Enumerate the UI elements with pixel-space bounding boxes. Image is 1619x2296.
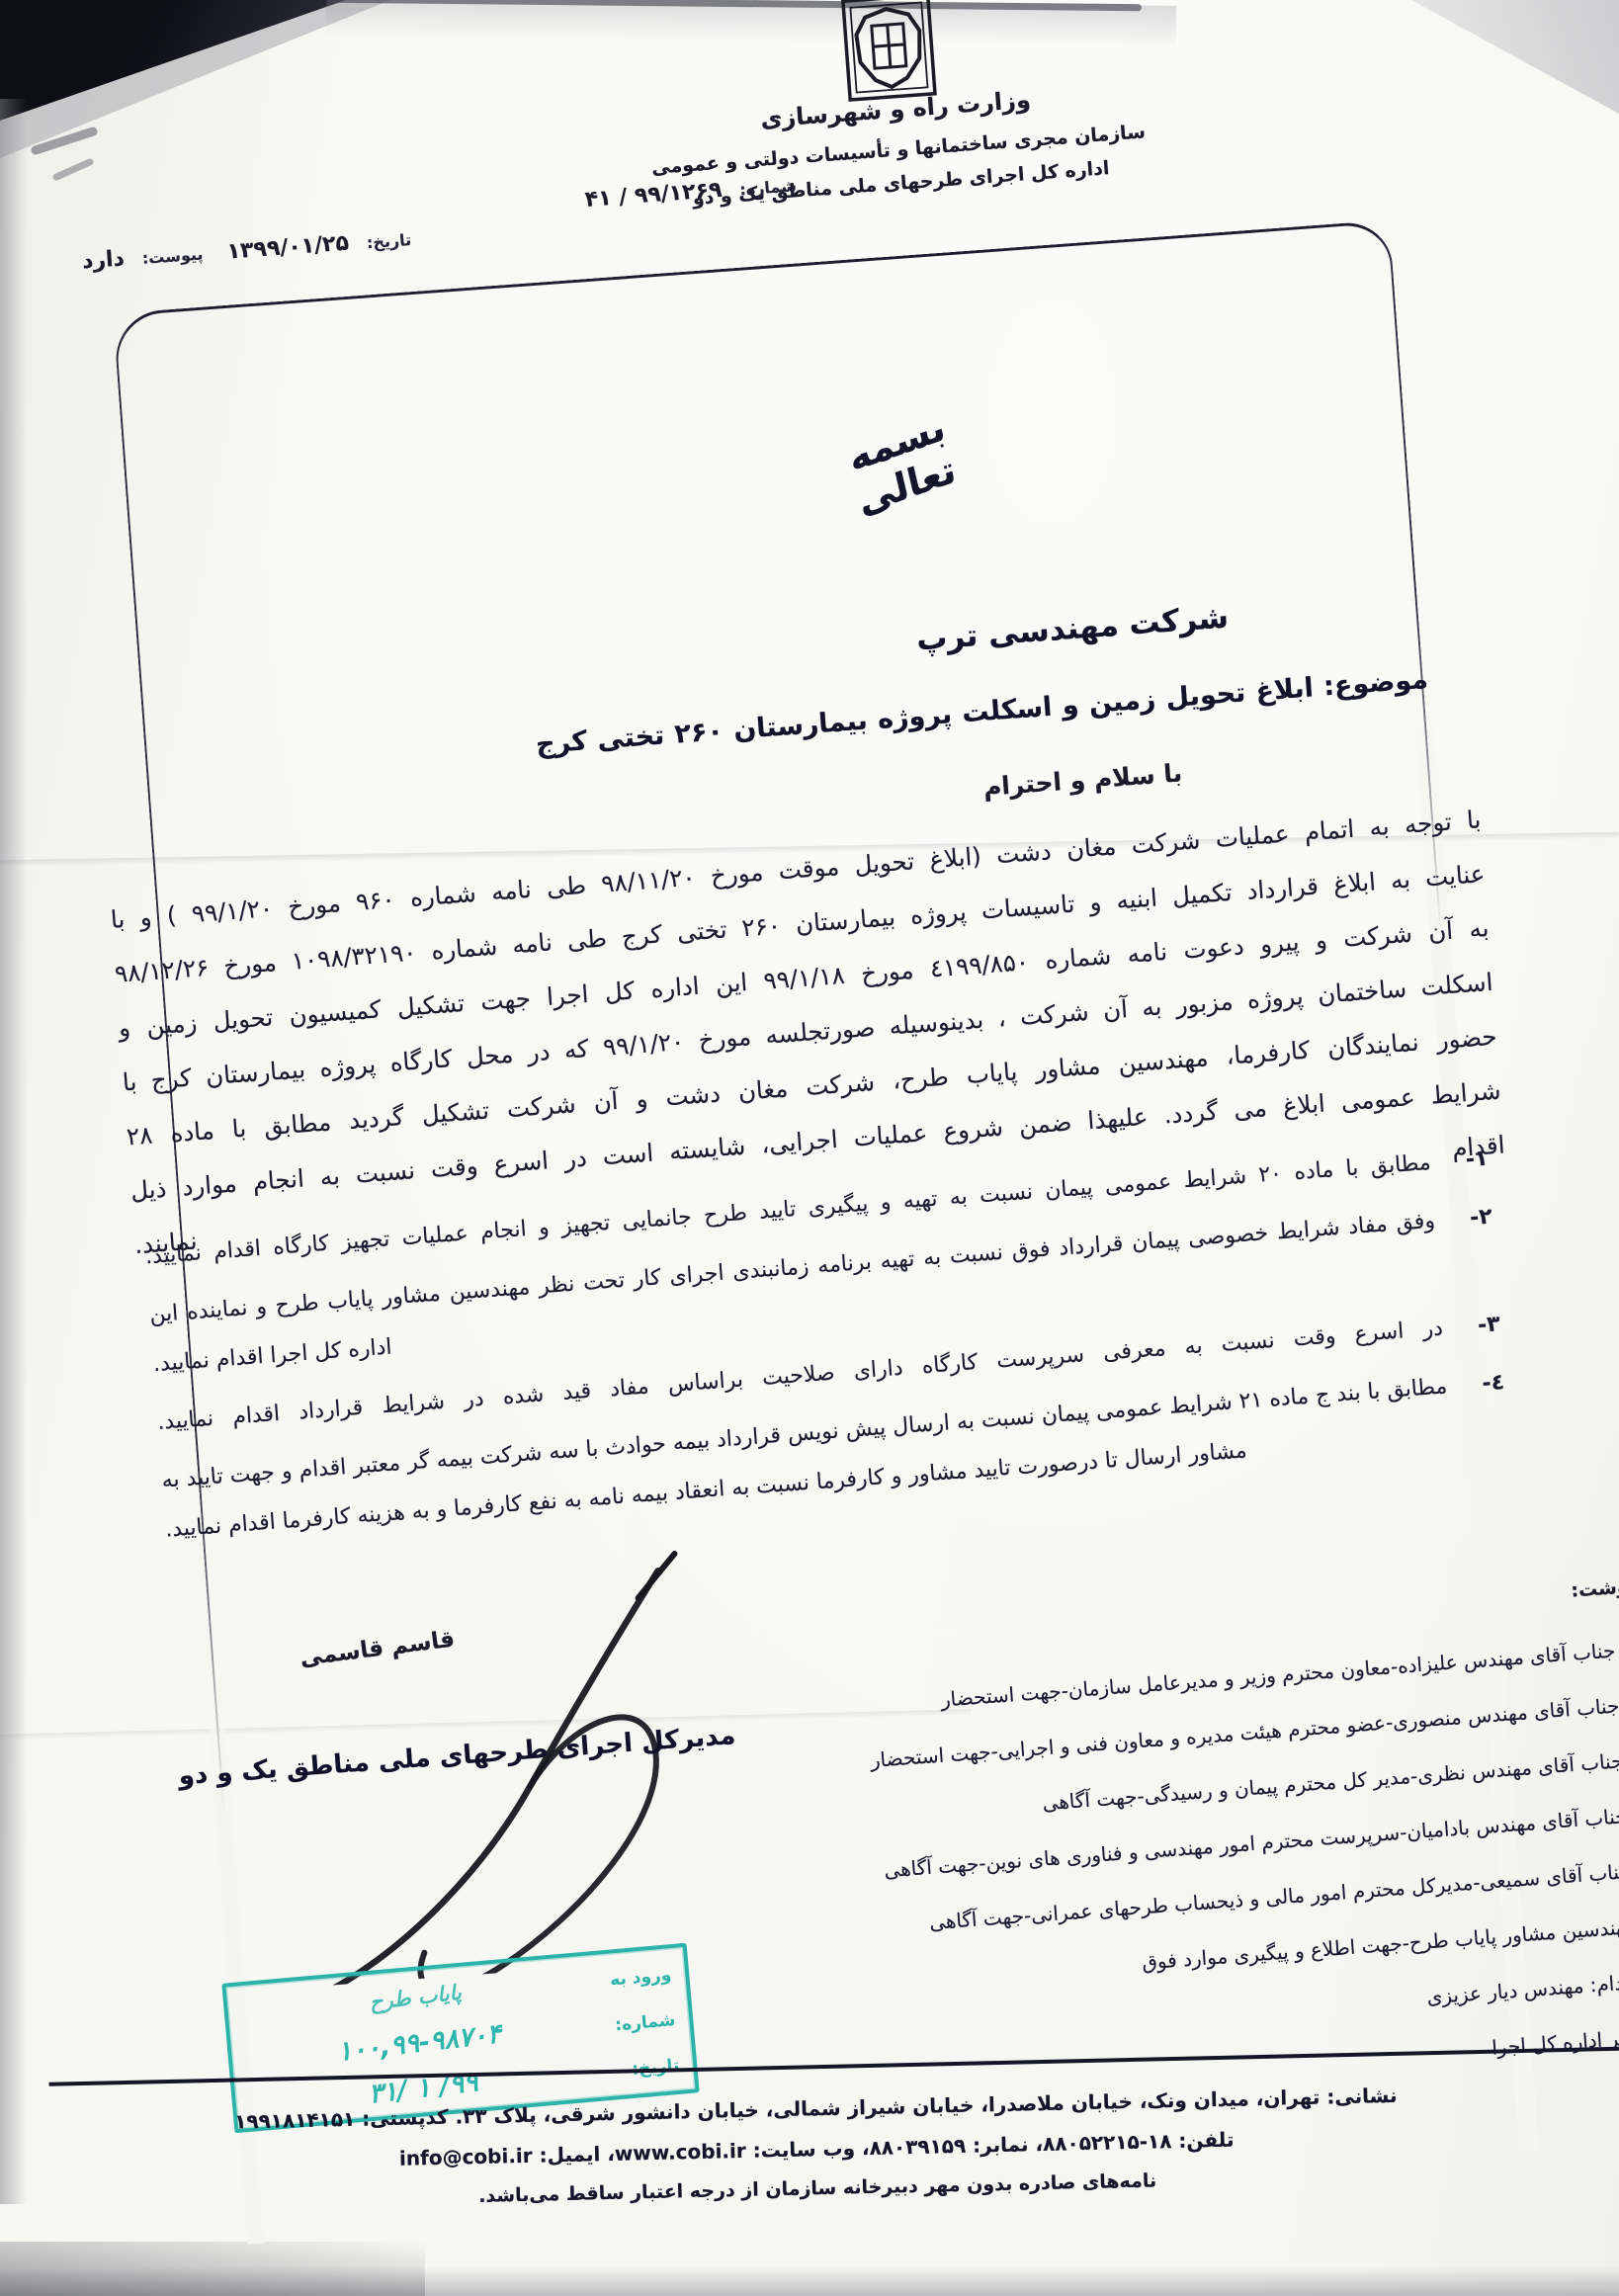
stamp-entry-label: ورود به	[600, 1965, 672, 1991]
ministry-logo-icon	[840, 0, 939, 103]
directive-number: ٤-	[1459, 1358, 1506, 1410]
directive-number: ۲-	[1447, 1193, 1494, 1245]
letter-sheet: وزارت راه و شهرسازی سازمان مجری ساختمانه…	[40, 0, 1619, 2238]
attachment-value: دارد	[81, 246, 126, 274]
stamp-number-label: شماره:	[604, 2010, 676, 2036]
letter-date-label: تاریخ:	[366, 230, 411, 252]
directive-number: ۳-	[1455, 1300, 1502, 1352]
cc-section: جناب آقای مهندس علیزاده-معاون محترم وزیر…	[822, 1623, 1619, 2123]
directive-number: ۱-	[1443, 1135, 1491, 1187]
scanned-letter-page: { "document": { "letterhead": { "ministr…	[0, 0, 1619, 2296]
scan-edge-left	[0, 99, 28, 2204]
letter-number-label: شماره:	[739, 176, 798, 199]
attachment-field: پیوست: دارد	[81, 240, 204, 274]
cc-label: رونوشت:	[1499, 1573, 1619, 1607]
scan-corner-bottom-left	[0, 2242, 425, 2296]
letter-date-field: تاریخ: ۱۳۹۹/۰۱/۲۵	[226, 226, 412, 265]
letter-date-value: ۱۳۹۹/۰۱/۲۵	[226, 231, 350, 265]
attachment-label: پیوست:	[141, 244, 204, 267]
